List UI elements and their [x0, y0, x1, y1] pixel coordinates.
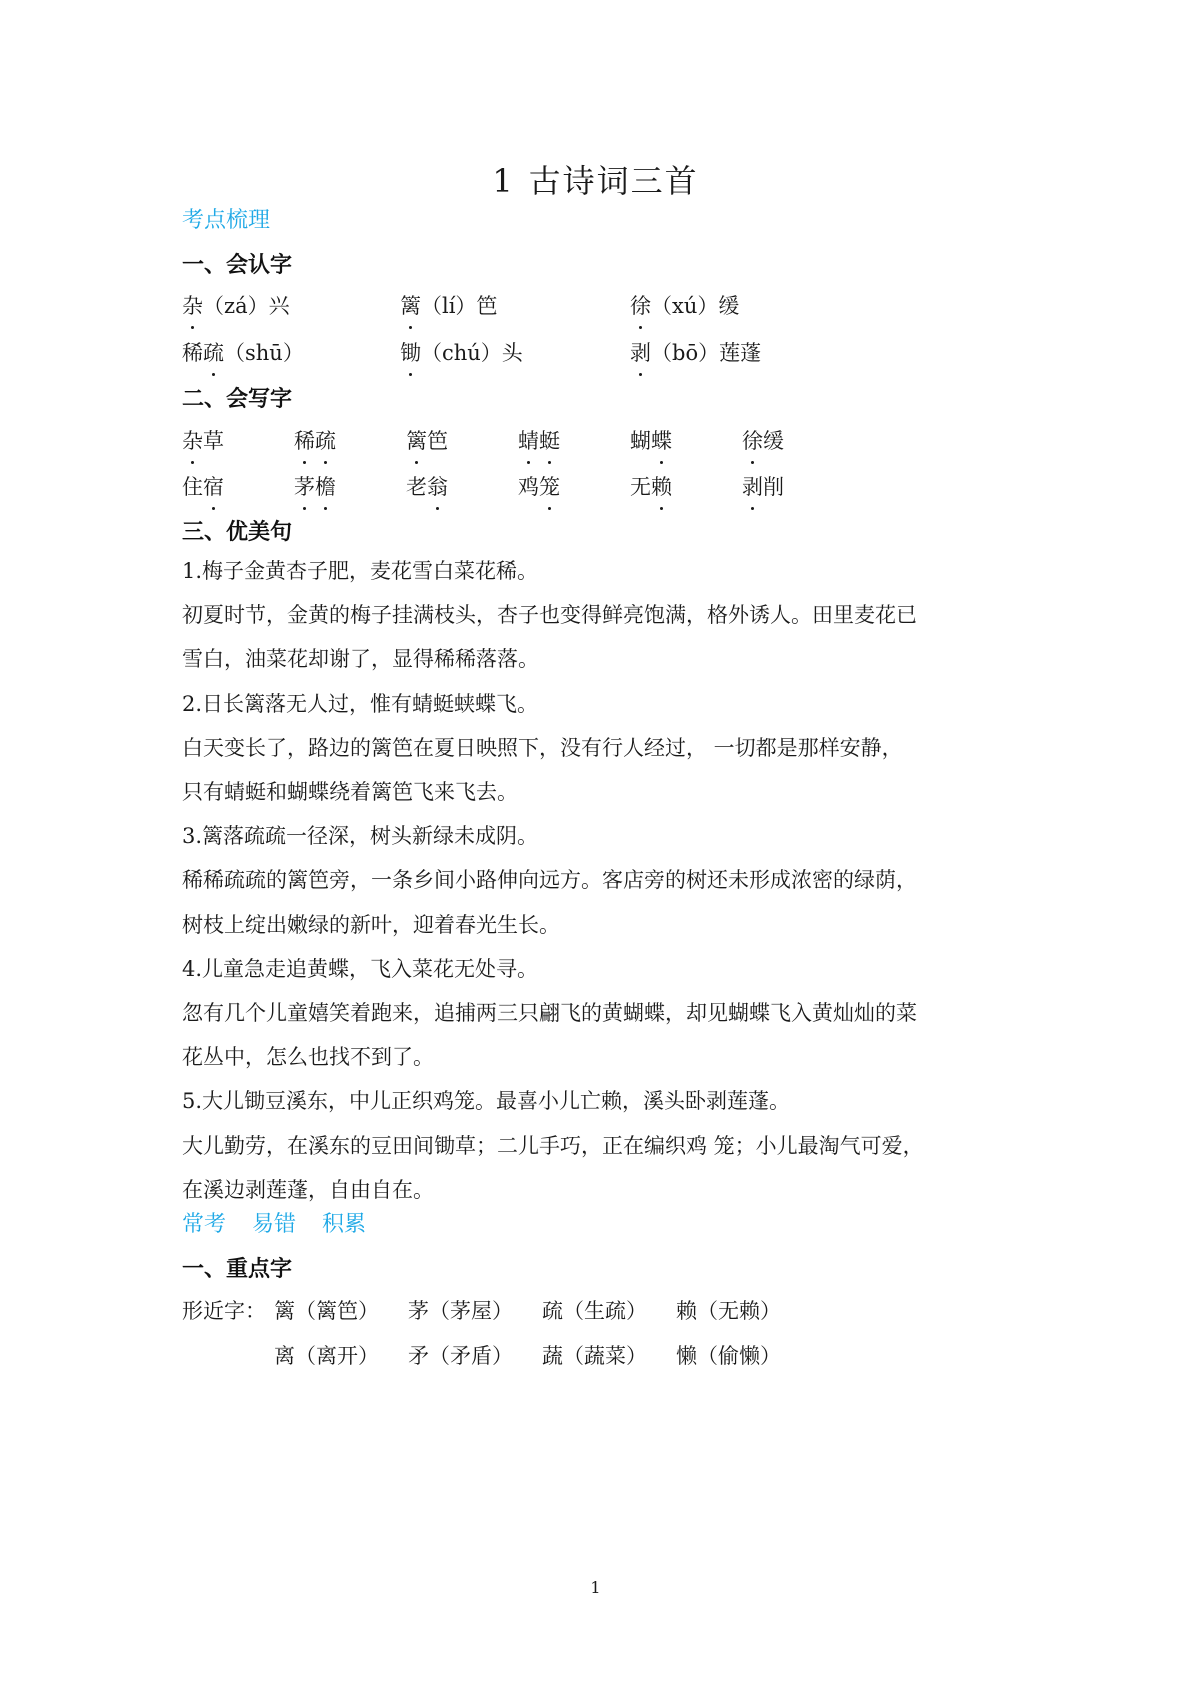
- write-word: 剥削: [742, 471, 784, 501]
- write-word: 篱笆: [406, 425, 448, 455]
- sentence-line: 雪白，油菜花却谢了，显得稀稀落落。: [182, 643, 539, 673]
- section-label-key-points: 考点梳理: [182, 203, 270, 234]
- label-common: 常考: [182, 1212, 226, 1237]
- sentence-line: 白天变长了，路边的篱笆在夏日映照下，没有行人经过， 一切都是那样安静，: [182, 732, 903, 762]
- document-page: 1古诗词三首 考点梳理 一、会认字 杂（zá）兴 篱（lí）笆 徐（xú）缓 稀…: [0, 0, 1191, 1684]
- label-accumulate: 积累: [322, 1212, 366, 1237]
- page-title: 1古诗词三首: [0, 156, 1191, 202]
- write-word: 茅檐: [294, 471, 336, 501]
- write-word: 蝴蝶: [630, 425, 672, 455]
- sentence-line: 4.儿童急走追黄蝶，飞入菜花无处寻。: [182, 953, 538, 983]
- recognize-item: 杂（zá）兴: [182, 290, 290, 320]
- lesson-title: 古诗词三首: [529, 162, 699, 200]
- write-word: 无赖: [630, 471, 672, 501]
- recognize-item: 锄（chú）头: [400, 337, 523, 367]
- heading-key-chars: 一、重点字: [182, 1252, 292, 1283]
- similar-char-item: 疏（生疏）: [542, 1295, 647, 1325]
- similar-char-item: 懒（偷懒）: [676, 1340, 781, 1370]
- write-word: 鸡笼: [518, 471, 560, 501]
- heading-beautiful-sentences: 三、优美句: [182, 515, 292, 546]
- write-word: 稀疏: [294, 425, 336, 455]
- recognize-item: 徐（xú）缓: [630, 290, 739, 320]
- page-number: 1: [0, 1578, 1191, 1597]
- similar-char-item: 赖（无赖）: [676, 1295, 781, 1325]
- similar-char-item: 茅（茅屋）: [408, 1295, 513, 1325]
- sentence-line: 忽有几个儿童嬉笑着跑来，追捕两三只翩飞的黄蝴蝶，却见蝴蝶飞入黄灿灿的菜: [182, 997, 917, 1027]
- similar-chars-prefix: 形近字：: [182, 1295, 266, 1325]
- similar-char-item: 蔬（蔬菜）: [542, 1340, 647, 1370]
- write-word: 老翁: [406, 471, 448, 501]
- sentence-line: 初夏时节，金黄的梅子挂满枝头，杏子也变得鲜亮饱满，格外诱人。田里麦花已: [182, 599, 917, 629]
- write-word: 杂草: [182, 425, 224, 455]
- heading-write-chars: 二、会写字: [182, 382, 292, 413]
- sentence-line: 2.日长篱落无人过，惟有蜻蜓蛱蝶飞。: [182, 688, 538, 718]
- sentence-line: 树枝上绽出嫩绿的新叶，迎着春光生长。: [182, 909, 560, 939]
- sentence-line: 稀稀疏疏的篱笆旁，一条乡间小路伸向远方。客店旁的树还未形成浓密的绿荫，: [182, 864, 917, 894]
- sentence-line: 3.篱落疏疏一径深，树头新绿未成阴。: [182, 820, 538, 850]
- recognize-item: 稀疏（shū）: [182, 337, 304, 367]
- write-word: 徐缓: [742, 425, 784, 455]
- sentence-line: 花丛中，怎么也找不到了。: [182, 1041, 434, 1071]
- section-label-exam-focus: 常考易错积累: [182, 1207, 392, 1238]
- sentence-line: 5.大儿锄豆溪东，中儿正织鸡笼。最喜小儿亡赖，溪头卧剥莲蓬。: [182, 1085, 790, 1115]
- write-word: 蜻蜓: [518, 425, 560, 455]
- similar-char-item: 矛（矛盾）: [408, 1340, 513, 1370]
- lesson-number: 1: [492, 162, 514, 200]
- recognize-item: 篱（lí）笆: [400, 290, 497, 320]
- similar-char-item: 离（离开）: [274, 1340, 379, 1370]
- sentence-line: 在溪边剥莲蓬，自由自在。: [182, 1174, 434, 1204]
- write-word: 住宿: [182, 471, 224, 501]
- label-error-prone: 易错: [252, 1212, 296, 1237]
- similar-char-item: 篱（篱笆）: [274, 1295, 379, 1325]
- recognize-item: 剥（bō）莲蓬: [630, 337, 761, 367]
- sentence-line: 大儿勤劳，在溪东的豆田间锄草；二儿手巧，正在编织鸡 笼；小儿最淘气可爱，: [182, 1130, 924, 1160]
- sentence-line: 只有蜻蜓和蝴蝶绕着篱笆飞来飞去。: [182, 776, 518, 806]
- heading-recognize-chars: 一、会认字: [182, 248, 292, 279]
- sentence-line: 1.梅子金黄杏子肥，麦花雪白菜花稀。: [182, 555, 538, 585]
